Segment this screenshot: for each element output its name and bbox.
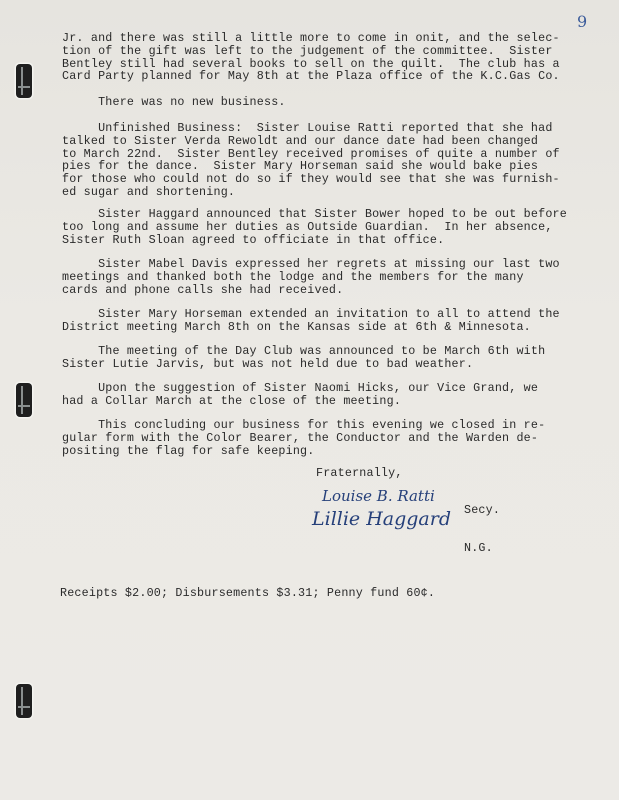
noble-grand-title: N.G. bbox=[464, 542, 493, 555]
paragraph-collar-march: Upon the suggestion of Sister Naomi Hick… bbox=[62, 382, 572, 408]
financial-summary: Receipts $2.00; Disbursements $3.31; Pen… bbox=[60, 587, 570, 600]
noble-grand-signature: Lillie Haggard bbox=[312, 508, 451, 530]
paragraph-district-meeting: Sister Mary Horseman extended an invitat… bbox=[62, 308, 572, 334]
paragraph-unfinished-business: Unfinished Business: Sister Louise Ratti… bbox=[62, 122, 572, 199]
binder-clip-top bbox=[16, 64, 32, 98]
paragraph-mabel-davis: Sister Mabel Davis expressed her regrets… bbox=[62, 258, 572, 296]
paragraph-outside-guardian: Sister Haggard announced that Sister Bow… bbox=[62, 208, 572, 246]
secretary-signature: Louise B. Ratti bbox=[322, 487, 435, 505]
page-number: 9 bbox=[577, 12, 587, 31]
document-page: 9 Jr. and there was still a little more … bbox=[0, 0, 619, 800]
paragraph-day-club: The meeting of the Day Club was announce… bbox=[62, 345, 572, 371]
closing-salutation: Fraternally, bbox=[316, 467, 403, 480]
paragraph-closing-business: This concluding our business for this ev… bbox=[62, 419, 572, 457]
paragraph-no-new-business: There was no new business. bbox=[62, 96, 572, 109]
secretary-title: Secy. bbox=[464, 504, 500, 517]
paragraph-gift-and-card-party: Jr. and there was still a little more to… bbox=[62, 32, 572, 83]
binder-clip-bottom bbox=[16, 684, 32, 718]
binder-clip-middle bbox=[16, 383, 32, 417]
